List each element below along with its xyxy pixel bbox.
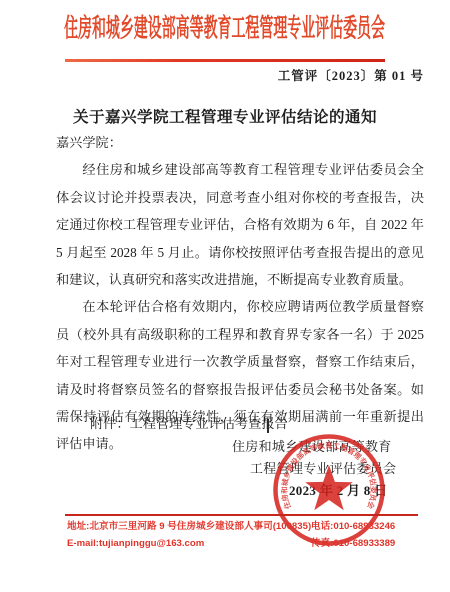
letterhead-org-name: 住房和城乡建设部高等教育工程管理专业评估委员会 [0, 15, 450, 33]
document-number: 工管评〔2023〕第 01 号 [0, 66, 424, 84]
document-title: 关于嘉兴学院工程管理专业评估结论的通知 [0, 105, 450, 127]
footer-email: E-mail:tujianpinggu@163.com [67, 538, 204, 550]
letterhead-divider-line [65, 59, 385, 62]
official-letter-page: 住房和城乡建设部高等教育工程管理专业评估委员会 工管评〔2023〕第 01 号 … [0, 0, 450, 592]
seal-star-icon [305, 465, 353, 510]
footer-address: 地址:北京市三里河路 9 号住房城乡建设部人事司(100835) [67, 521, 311, 533]
text-cursor [267, 419, 269, 433]
paragraph-1: 经住房和城乡建设部高等教育工程管理专业评估委员会全体会议讨论并投票表决，同意考查… [56, 156, 424, 293]
attachment-line: 附件：工程管理专业评估考查报告 [56, 415, 424, 433]
footer-fax: 传真:010-68933389 [311, 538, 395, 550]
letterhead-org-name-text: 住房和城乡建设部高等教育工程管理专业评估委员会 [65, 16, 386, 44]
footer-phone: 电话:010-68933246 [311, 521, 395, 533]
footer-divider-line [65, 514, 418, 516]
salutation: 嘉兴学院： [56, 129, 424, 156]
letter-body: 嘉兴学院： 经住房和城乡建设部高等教育工程管理专业评估委员会全体会议讨论并投票表… [56, 129, 424, 458]
